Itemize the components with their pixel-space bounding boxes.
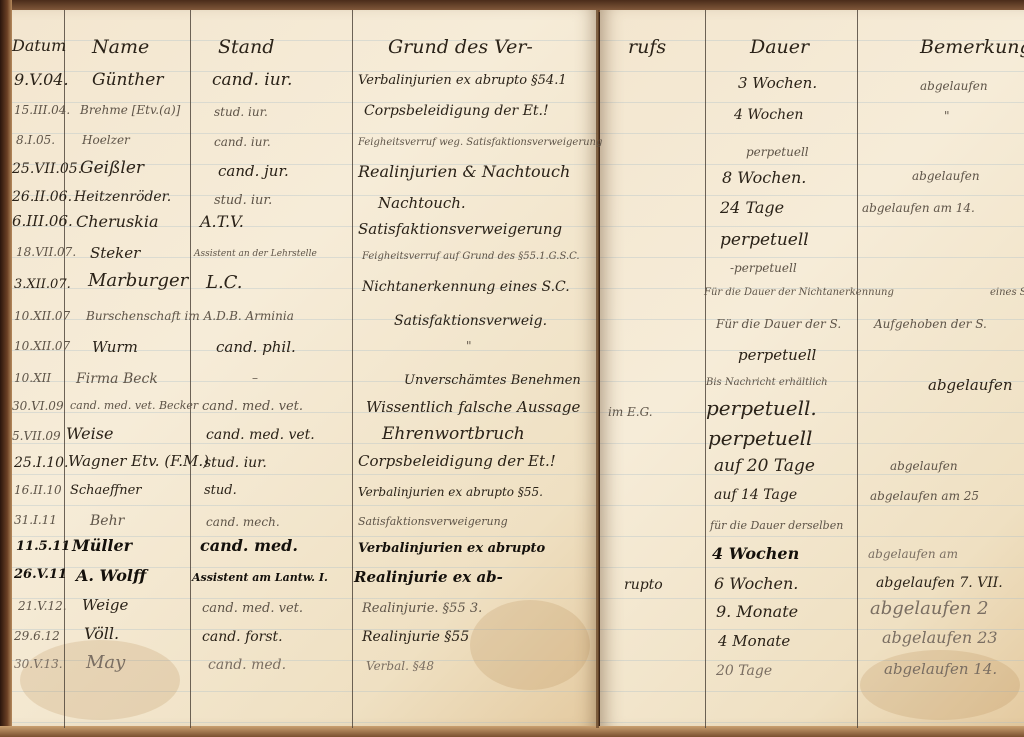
- cell-ruf: im E.G.: [608, 406, 653, 418]
- cell-grund: Feigheitsverruf weg. Satisfaktionsverwei…: [358, 138, 602, 148]
- cell-stand: cand. med. vet.: [202, 400, 303, 413]
- cell-name: Burschenschaft im A.D.B. Arminia: [86, 310, 294, 322]
- cell-datum: 5.VII.09: [12, 430, 61, 442]
- cell-name: Weise: [66, 426, 113, 442]
- cell-datum: 6.III.06.: [12, 214, 73, 229]
- cell-datum: 18.VII.07.: [16, 246, 76, 258]
- cell-datum: 30.VI.09: [12, 400, 64, 412]
- cell-datum: 25.I.10.: [14, 456, 69, 470]
- header-grund: Grund des Ver-: [388, 38, 533, 57]
- cell-datum: 9.V.04.: [14, 72, 69, 88]
- cell-stand: stud. iur.: [214, 106, 268, 118]
- cell-dauer: perpetuell.: [706, 398, 817, 418]
- cell-dauer: 4 Wochen: [734, 108, 803, 122]
- cell-name: Wurm: [92, 340, 138, 355]
- cell-dauer: perpetuell: [738, 348, 816, 363]
- column-rule: [857, 10, 858, 728]
- cell-datum: 29.6.12: [14, 630, 60, 642]
- cell-datum: 11.5.11: [16, 540, 70, 553]
- cell-bemerkung: abgelaufen: [890, 460, 958, 472]
- cell-grund: Realinjurie ex ab-: [354, 570, 503, 585]
- cell-dauer: perpetuell: [720, 232, 809, 249]
- cell-bemerkung: ": [944, 110, 950, 122]
- cell-datum: 31.I.11: [14, 514, 57, 526]
- cell-name: Behr: [90, 514, 124, 528]
- cell-grund: ": [466, 340, 472, 352]
- cell-bemerkung: abgelaufen 7. VII.: [876, 576, 1003, 590]
- cell-grund: Ehrenwortbruch: [382, 426, 525, 443]
- cell-bemerkung: Aufgehoben der S.: [874, 318, 987, 330]
- cell-grund: Wissentlich falsche Aussage: [366, 400, 580, 415]
- cell-datum: 10.XII: [14, 372, 51, 384]
- cell-stand: stud. iur.: [204, 456, 267, 470]
- cell-name: Marburger: [88, 272, 188, 290]
- cell-bemerkung: abgelaufen 23: [882, 630, 998, 646]
- cell-name: Firma Beck: [76, 372, 158, 386]
- cell-stand: A.T.V.: [200, 214, 244, 230]
- book-cover-edge: [0, 0, 12, 737]
- cell-name: Schaeffner: [70, 484, 142, 497]
- cell-dauer: 4 Monate: [718, 634, 790, 649]
- cell-name: Cheruskia: [76, 214, 159, 230]
- cell-name: Günther: [92, 72, 163, 89]
- cell-dauer: Für die Dauer der S.: [716, 318, 841, 330]
- cell-grund: Verbalinjurien ex abrupto §54.1: [358, 74, 567, 87]
- cell-stand: –: [252, 372, 258, 384]
- cell-bemerkung: eines S.C.: [990, 288, 1024, 298]
- cell-grund: Realinjurie. §55 3.: [362, 602, 482, 615]
- cell-name: Hoelzer: [82, 134, 130, 146]
- header-datum: Datum: [12, 38, 66, 54]
- cell-bemerkung: abgelaufen am 25: [870, 490, 979, 502]
- cell-stand: L.C.: [206, 274, 243, 292]
- cell-grund: Satisfaktionsverweigerung: [358, 222, 562, 237]
- cell-name: Völl.: [84, 626, 119, 642]
- column-rule: [352, 10, 353, 728]
- cell-datum: 30.V.13.: [14, 658, 63, 670]
- cell-stand: cand. med.: [208, 658, 286, 672]
- cell-dauer: -perpetuell: [730, 262, 797, 274]
- cell-bemerkung: abgelaufen: [912, 170, 980, 182]
- paper-stain: [470, 600, 590, 690]
- cell-stand: cand. med. vet.: [202, 602, 303, 615]
- header-bemerkungen: Bemerkungen: [920, 38, 1024, 57]
- cell-grund: Realinjurien & Nachtouch: [358, 164, 570, 180]
- cell-datum: 10.XII.07: [14, 310, 70, 322]
- book-bottom-edge: [0, 726, 1024, 737]
- cell-dauer: 20 Tage: [716, 664, 772, 678]
- cell-dauer: Bis Nachricht erhältlich: [706, 378, 828, 388]
- cell-bemerkung: abgelaufen 14.: [884, 662, 997, 677]
- cell-dauer: für die Dauer derselben: [710, 520, 843, 531]
- cell-dauer: auf 20 Tage: [714, 458, 815, 475]
- cell-stand: cand. jur.: [218, 164, 289, 179]
- header-stand: Stand: [218, 38, 274, 57]
- header-dauer: Dauer: [750, 38, 809, 57]
- cell-name: Müller: [72, 538, 132, 554]
- cell-bemerkung: abgelaufen: [928, 378, 1013, 393]
- cell-name: Wagner Etv. (F.M.): [68, 454, 209, 469]
- right-page: [600, 10, 1024, 728]
- cell-bemerkung: abgelaufen am 14.: [862, 202, 975, 214]
- cell-dauer: 6 Wochen.: [714, 576, 798, 592]
- cell-dauer: perpetuell: [708, 428, 812, 448]
- ledger-spread: Datum Name Stand Grund des Ver- rufs Dau…: [0, 0, 1024, 737]
- cell-dauer: 9. Monate: [716, 604, 798, 620]
- cell-name: Heitzenröder.: [74, 190, 171, 204]
- cell-stand: cand. med. vet.: [206, 428, 315, 442]
- cell-datum: 16.II.10: [14, 484, 62, 496]
- cell-stand: cand. forst.: [202, 630, 283, 644]
- cell-grund: Nichtanerkennung eines S.C.: [362, 280, 570, 294]
- cell-bemerkung: abgelaufen 2: [870, 600, 989, 618]
- cell-dauer: 8 Wochen.: [722, 170, 806, 186]
- cell-name: Steker: [90, 246, 140, 261]
- cell-ruf: rupto: [624, 578, 663, 592]
- cell-name: May: [86, 654, 125, 672]
- cell-name: A. Wolff: [76, 568, 146, 584]
- header-name: Name: [92, 38, 149, 57]
- cell-grund: Verbalinjurien ex abrupto: [358, 542, 545, 555]
- cell-datum: 26.II.06.: [12, 190, 72, 204]
- cell-datum: 25.VII.05.: [12, 162, 82, 176]
- cell-name: Weige: [82, 598, 128, 613]
- cell-grund: Nachtouch.: [378, 196, 466, 211]
- cell-stand: cand. mech.: [206, 516, 280, 528]
- cell-stand: stud. iur.: [214, 194, 272, 207]
- cell-grund: Corpsbeleidigung der Et.!: [358, 454, 556, 469]
- cell-grund: Satisfaktionsverweigerung: [358, 516, 508, 527]
- cell-stand: cand. med.: [200, 538, 298, 554]
- cell-grund: Verbal. §48: [366, 660, 434, 672]
- cell-grund: Unverschämtes Benehmen: [404, 374, 581, 387]
- cell-grund: Realinjurie §55: [362, 630, 469, 644]
- cell-stand: cand. phil.: [216, 340, 296, 355]
- cell-dauer: Für die Dauer der Nichtanerkennung: [704, 288, 894, 298]
- cell-dauer: perpetuell: [746, 146, 809, 158]
- cell-name: Brehme [Etv.(a)]: [80, 104, 180, 116]
- cell-dauer: 4 Wochen: [712, 546, 799, 562]
- cell-stand: stud.: [204, 484, 237, 497]
- header-grund-cont: rufs: [628, 38, 666, 57]
- cell-bemerkung: abgelaufen am: [868, 548, 958, 560]
- cell-name: Geißler: [80, 160, 144, 177]
- cell-bemerkung: abgelaufen: [920, 80, 988, 92]
- cell-dauer: auf 14 Tage: [714, 488, 797, 502]
- cell-stand: Assistent am Lantw. I.: [192, 572, 328, 583]
- cell-dauer: 24 Tage: [720, 200, 784, 216]
- column-rule: [190, 10, 191, 728]
- cell-datum: 10.XII.07: [14, 340, 70, 352]
- cell-grund: Satisfaktionsverweig.: [394, 314, 547, 328]
- cell-name: cand. med. vet. Becker: [70, 400, 198, 411]
- cell-grund: Verbalinjurien ex abrupto §55.: [358, 486, 543, 498]
- cell-datum: 21.V.12.: [18, 600, 67, 612]
- cell-grund: Corpsbeleidigung der Et.!: [364, 104, 549, 118]
- cell-stand: cand. iur.: [212, 72, 292, 89]
- cell-grund: Feigheitsverruf auf Grund des §55.1.G.S.…: [362, 252, 580, 262]
- cell-stand: cand. iur.: [214, 136, 271, 148]
- cell-datum: 15.III.04.: [14, 104, 70, 116]
- cell-datum: 26.V.11: [14, 568, 67, 581]
- cell-datum: 8.I.05.: [16, 134, 55, 146]
- cell-datum: 3.XII.07.: [14, 278, 71, 291]
- cell-dauer: 3 Wochen.: [738, 76, 817, 91]
- cell-stand: Assistent an der Lehrstelle: [194, 250, 317, 259]
- column-rule: [705, 10, 706, 728]
- gutter: [596, 10, 599, 728]
- column-rule: [64, 10, 65, 728]
